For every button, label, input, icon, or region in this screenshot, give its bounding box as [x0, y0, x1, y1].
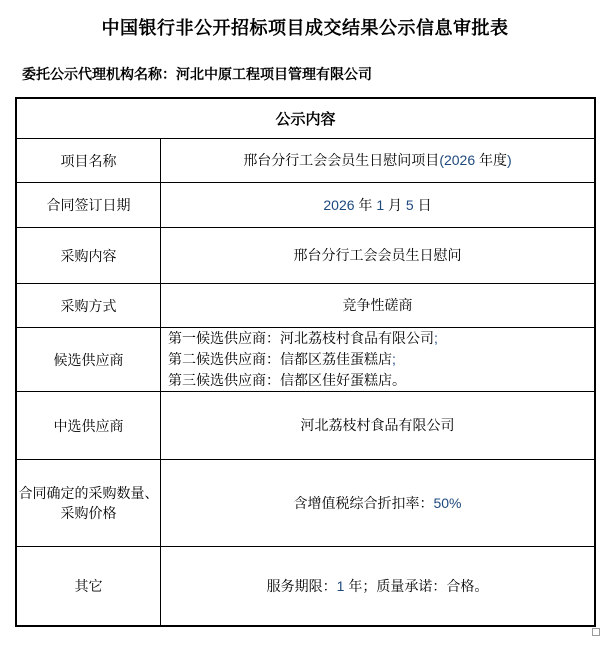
text-segment: 邢台分行工会会员生日慰问项目	[243, 152, 439, 168]
text-segment: 竞争性磋商	[343, 297, 413, 313]
object-anchor-icon	[592, 628, 600, 636]
text-segment: 含增值税综合折扣率：	[293, 495, 433, 511]
latin-text-segment: 5	[406, 197, 414, 213]
value-line: 第二候选供应商：信都区荔佳蛋糕店;	[161, 349, 594, 370]
text-segment: 第二候选供应商：信都区荔佳蛋糕店	[168, 351, 392, 367]
latin-text-segment: ;	[392, 351, 396, 367]
text-segment: 邢台分行工会会员生日慰问	[294, 247, 462, 263]
page-title: 中国银行非公开招标项目成交结果公示信息审批表	[8, 14, 602, 40]
text-segment: 第一候选供应商：河北荔枝村食品有限公司	[168, 330, 434, 346]
latin-text-segment: 50%	[433, 495, 461, 511]
public-notice-table: 公示内容 项目名称 邢台分行工会会员生日慰问项目(2026 年度) 合同签订日期…	[15, 97, 596, 627]
latin-text-segment: ;	[434, 330, 438, 346]
text-segment: 月	[384, 197, 406, 213]
text-segment: 年度	[475, 152, 507, 168]
value-line: 第一候选供应商：河北荔枝村食品有限公司;	[161, 328, 594, 349]
latin-text-segment: (2026	[439, 152, 475, 168]
value-line: 河北荔枝村食品有限公司	[161, 415, 594, 436]
value-line: 邢台分行工会会员生日慰问	[161, 245, 594, 266]
table-row-procurement-content: 采购内容 邢台分行工会会员生日慰问	[17, 228, 594, 284]
row-value: 2026 年 1 月 5 日	[161, 183, 594, 227]
row-value: 邢台分行工会会员生日慰问	[161, 228, 594, 283]
value-line: 第三候选供应商：信都区佳好蛋糕店。	[161, 370, 594, 391]
latin-text-segment: 2026	[323, 197, 354, 213]
value-line: 竞争性磋商	[161, 295, 594, 316]
row-value: 邢台分行工会会员生日慰问项目(2026 年度)	[161, 139, 594, 182]
row-label: 候选供应商	[17, 328, 161, 391]
table-row-candidate-suppliers: 候选供应商 第一候选供应商：河北荔枝村食品有限公司;第二候选供应商：信都区荔佳蛋…	[17, 328, 594, 392]
agency-name-line: 委托公示代理机构名称：河北中原工程项目管理有限公司	[22, 64, 610, 84]
row-label: 中选供应商	[17, 392, 161, 459]
row-label: 合同确定的采购数量、采购价格	[17, 460, 161, 546]
table-row-other: 其它 服务期限：1 年；质量承诺：合格。	[17, 547, 594, 625]
row-label: 采购方式	[17, 284, 161, 327]
table-row-contract-date: 合同签订日期 2026 年 1 月 5 日	[17, 183, 594, 228]
value-line: 2026 年 1 月 5 日	[161, 195, 594, 216]
value-line: 含增值税综合折扣率：50%	[161, 493, 594, 514]
row-label: 合同签订日期	[17, 183, 161, 227]
row-value: 第一候选供应商：河北荔枝村食品有限公司;第二候选供应商：信都区荔佳蛋糕店;第三候…	[161, 328, 594, 391]
value-line: 服务期限：1 年；质量承诺：合格。	[161, 576, 594, 597]
text-segment: 河北荔枝村食品有限公司	[301, 417, 455, 433]
value-line: 邢台分行工会会员生日慰问项目(2026 年度)	[161, 150, 594, 171]
table-row-quantity-price: 合同确定的采购数量、采购价格 含增值税综合折扣率：50%	[17, 460, 594, 547]
text-segment: 日	[414, 197, 432, 213]
row-value: 服务期限：1 年；质量承诺：合格。	[161, 547, 594, 625]
row-value: 含增值税综合折扣率：50%	[161, 460, 594, 546]
text-segment: 年；质量承诺：合格。	[344, 578, 488, 594]
table-header-cell: 公示内容	[17, 99, 594, 139]
text-segment: 第三候选供应商：信都区佳好蛋糕店。	[168, 372, 406, 388]
row-value: 竞争性磋商	[161, 284, 594, 327]
table-row-project-name: 项目名称 邢台分行工会会员生日慰问项目(2026 年度)	[17, 139, 594, 183]
latin-text-segment: 1	[376, 197, 384, 213]
text-segment: 服务期限：	[267, 578, 337, 594]
row-label: 采购内容	[17, 228, 161, 283]
latin-text-segment: )	[507, 152, 512, 168]
row-label: 其它	[17, 547, 161, 625]
table-row-selected-supplier: 中选供应商 河北荔枝村食品有限公司	[17, 392, 594, 460]
row-value: 河北荔枝村食品有限公司	[161, 392, 594, 459]
table-row-procurement-method: 采购方式 竞争性磋商	[17, 284, 594, 328]
text-segment: 年	[355, 197, 377, 213]
row-label: 项目名称	[17, 139, 161, 182]
